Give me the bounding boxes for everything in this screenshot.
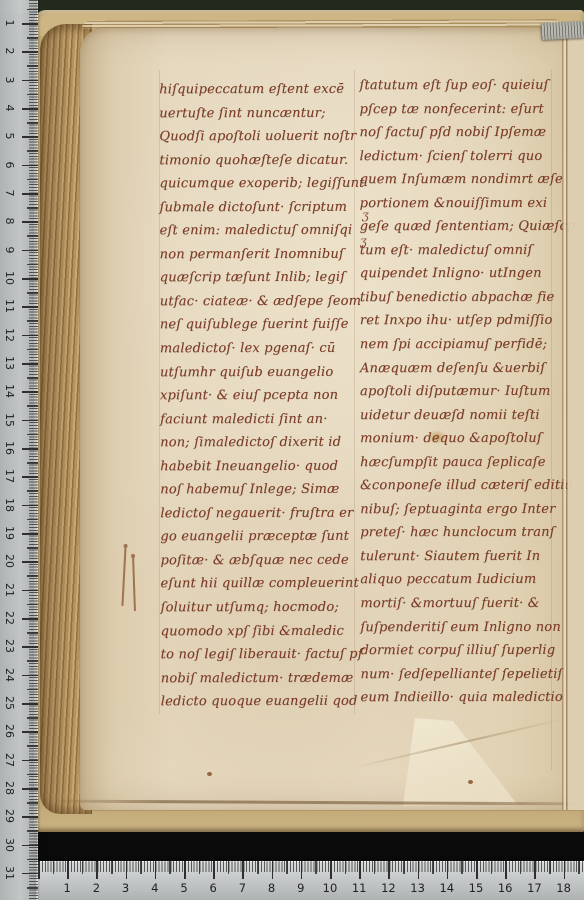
manuscript-line: ſubmale dictoſunt· ſcriptum (159, 195, 359, 219)
ruler-tick (22, 731, 38, 733)
ruler-tick (27, 462, 38, 464)
manuscript-line: ret Inxpo ihu· utſep pdmiſſio (360, 309, 560, 333)
ruler-tick (27, 65, 38, 67)
ruler-tick (22, 335, 38, 337)
manuscript-line: Quodſi apoſtoli uoluerit noſtr (159, 125, 359, 149)
ruler-tick (315, 861, 317, 874)
ruler-tick (564, 861, 566, 879)
bottom-ruler-label: 14 (439, 881, 454, 895)
manuscript-photo-scene: hiſquipeccatum eſtent excēuertuſte ſint … (0, 0, 584, 900)
ruler-tick (27, 717, 38, 719)
bottom-ruler-label: 7 (239, 881, 246, 895)
ruler-tick (22, 788, 38, 790)
ruler-tick (27, 434, 38, 436)
left-ruler-label: 18 (4, 497, 16, 513)
ruler-tick (22, 221, 38, 223)
left-ruler-label: 2 (4, 43, 16, 59)
left-ruler-label: 21 (4, 582, 16, 598)
ruler-tick (53, 861, 55, 874)
left-ruler-label: 23 (4, 638, 16, 654)
ruler-tick (301, 861, 303, 879)
left-ruler-label: 12 (4, 327, 16, 343)
manuscript-line: utſumhr quiſub euangelio (160, 360, 360, 384)
manuscript-line: quæſcrip tæſunt Inlib; legiſ (160, 266, 360, 290)
ruler-tick (27, 349, 38, 351)
ruler-tick (27, 830, 38, 832)
manuscript-line: neſ quiſublege fuerint fuiſſe (160, 313, 360, 337)
ruler-tick (418, 861, 420, 879)
manuscript-line: geſe quæd ſententiam; Quiæſcp (360, 215, 560, 239)
bottom-ruler-label: 11 (352, 881, 367, 895)
manuscript-line: utfac· ciateæ· & ædſepe ſeom (160, 290, 360, 314)
ruler-tick (22, 590, 38, 592)
bottom-ruler-label: 9 (297, 881, 304, 895)
ruler-tick (22, 816, 38, 818)
manuscript-line: poſitæ· & æbſquæ nec cede (160, 549, 360, 573)
ruler-tick (491, 861, 493, 874)
manuscript-line: eſunt hii quillæ compleuerint (160, 572, 360, 596)
manuscript-line: tibuſ benedictio abpachæ fie (360, 286, 560, 310)
left-ruler-label: 17 (4, 468, 16, 484)
left-ruler-label: 5 (4, 128, 16, 144)
left-ruler-label: 9 (4, 242, 16, 258)
ruler-tick (22, 420, 38, 422)
ruler-tick (27, 745, 38, 747)
ruler-tick (126, 861, 128, 879)
ruler-tick (27, 519, 38, 521)
ruler-tick (27, 802, 38, 804)
ruler-tick (22, 306, 38, 308)
manuscript-line: Anæquæm deſenſu &uerbiſ (360, 356, 560, 380)
ruler-tick (22, 193, 38, 195)
ruler-tick (520, 861, 522, 874)
ruler-tick (27, 689, 38, 691)
left-ruler-label: 4 (4, 100, 16, 116)
ruler-tick (22, 165, 38, 167)
ruler-tick (27, 547, 38, 549)
ruler-tick (432, 861, 434, 874)
ruler-tick (199, 861, 201, 874)
manuscript-line: pſcep tæ nonfecerint: eſurt (359, 97, 559, 121)
manuscript-line: num· ſedſepellianteſ ſepelietiſ (360, 662, 560, 686)
ruler-tick (286, 861, 288, 874)
manuscript-line: quem Inſumæm nondimrt æſe (360, 168, 560, 192)
left-ruler-mm-ticks (29, 0, 38, 900)
left-ruler-label: 19 (4, 525, 16, 541)
bottom-ruler-label: 5 (180, 881, 187, 895)
ruler-tick (403, 861, 405, 874)
left-ruler-label: 11 (4, 298, 16, 314)
ruler-tick (27, 490, 38, 492)
margin-nota-mark: ʒ (362, 208, 369, 222)
ruler-tick (27, 179, 38, 181)
bottom-ruler-label: 3 (122, 881, 129, 895)
left-ruler-label: 24 (4, 667, 16, 683)
ruler-tick (22, 80, 38, 82)
ruler-tick (27, 887, 38, 889)
ruler-tick (22, 873, 38, 875)
fore-edge-lines (550, 28, 584, 810)
ruler-tick (447, 861, 449, 879)
ruler-tick (27, 150, 38, 152)
left-ruler-label: 31 (4, 865, 16, 881)
gray-tab (541, 21, 584, 40)
manuscript-line: ledicto quoque euangelii qod (161, 690, 361, 714)
ruler-tick (96, 861, 98, 879)
ruler-tick (27, 94, 38, 96)
manuscript-line: hiſquipeccatum eſtent excē (159, 78, 359, 102)
manuscript-line: nobiſ maledictum· trædemæ (161, 666, 361, 690)
ruler-tick (67, 861, 69, 879)
ruler-tick (213, 861, 215, 879)
ruler-tick (22, 505, 38, 507)
bottom-ruler-label: 15 (469, 881, 484, 895)
ruler-tick (140, 861, 142, 874)
manuscript-line: quipendet Inligno· utIngen (360, 262, 560, 286)
manuscript-line: quicumque exoperib; legiſſunt (159, 172, 359, 196)
bottom-ruler-label: 18 (556, 881, 571, 895)
manuscript-line: non permanſerit Inomnibuſ (160, 243, 360, 267)
ruler-tick (27, 292, 38, 294)
ruler-tick (184, 861, 186, 879)
manuscript-line: to noſ legiſ liberauit· factuſ pſ (161, 643, 361, 667)
ruler-tick (27, 859, 38, 861)
manuscript-line: go euangelii præceptæ ſunt (160, 525, 360, 549)
ruler-tick (359, 861, 361, 879)
manuscript-line: noſ factuſ pſd nobiſ Ipſemæ (360, 121, 560, 145)
manuscript-right-column: ſtatutum eſt ſup eoſ· quieiuſpſcep tæ no… (359, 74, 560, 710)
left-ruler-label: 26 (4, 723, 16, 739)
ruler-tick (27, 660, 38, 662)
ruler-tick (27, 235, 38, 237)
ruler-tick (374, 861, 376, 874)
page-spot (207, 772, 212, 776)
manuscript-line: hæcſumpſit pauca ſeplicaſe (360, 451, 560, 475)
manuscript-line: ſuſpenderitiſ eum Inligno non (360, 615, 560, 639)
manuscript-line: aliquo peccatum Iudicium (360, 568, 560, 592)
ruler-tick (22, 561, 38, 563)
bottom-ruler-label: 1 (64, 881, 71, 895)
ruler-tick (27, 604, 38, 606)
margin-nota-mark: ʒ (360, 234, 367, 248)
left-ruler-label: 15 (4, 412, 16, 428)
ruler-tick (38, 861, 40, 879)
ruler-tick (549, 861, 551, 874)
manuscript-line: ſtatutum eſt ſup eoſ· quieiuſ (359, 74, 559, 98)
manuscript-line: eum Indieillo· quia maledictio (361, 686, 561, 710)
manuscript-line: monium· dequo &apoſtoluſ (360, 427, 560, 451)
bottom-ruler-label: 2 (93, 881, 100, 895)
left-ruler-label: 1 (4, 15, 16, 31)
bottom-ruler-label: 10 (323, 881, 338, 895)
manuscript-line: uidetur deuæſd nomii teſti (360, 403, 560, 427)
left-ruler-label: 10 (4, 270, 16, 286)
ruler-tick (27, 405, 38, 407)
ruler-tick (534, 861, 536, 879)
ruler-tick (22, 250, 38, 252)
ruler-tick (22, 675, 38, 677)
ruler-tick (22, 533, 38, 535)
ruler-tick (345, 861, 347, 874)
manuscript-line: non; ſimaledictoſ dixerit id (160, 431, 360, 455)
ruler-tick (22, 476, 38, 478)
ruler-tick (27, 9, 38, 11)
manuscript-line: maledictoſ· lex pgenaſ· cū (160, 337, 360, 361)
bottom-ruler-label: 17 (527, 881, 542, 895)
left-ruler-label: 16 (4, 440, 16, 456)
left-ruler-label: 29 (4, 808, 16, 824)
bottom-ruler: 123456789101112131415161718 (36, 861, 584, 900)
ruler-tick (27, 122, 38, 124)
ruler-tick (27, 264, 38, 266)
manuscript-line: tulerunt· Siautem fuerit In (360, 545, 560, 569)
ruler-tick (111, 861, 113, 874)
ruler-tick (27, 575, 38, 577)
ruler-tick (22, 136, 38, 138)
manuscript-line: xpiſunt· & eiuſ pcepta non (160, 384, 360, 408)
manuscript-line: ledictoſ negauerit· fruſtra er (160, 502, 360, 526)
manuscript-line: nem ſpi accipiamuſ perfidē; (360, 333, 560, 357)
ruler-tick (22, 845, 38, 847)
left-ruler-label: 22 (4, 610, 16, 626)
left-ruler-label: 28 (4, 780, 16, 796)
left-ruler-label: 20 (4, 553, 16, 569)
manuscript-line: preteſ· hæc hunclocum tranſ (360, 521, 560, 545)
manuscript-left-column: hiſquipeccatum eſtent excēuertuſte ſint … (159, 78, 361, 714)
ruler-tick (27, 207, 38, 209)
ruler-tick (27, 37, 38, 39)
left-ruler-label: 13 (4, 355, 16, 371)
manuscript-line: tum eſt· maledictuſ omniſ (360, 239, 560, 263)
ruler-tick (578, 861, 580, 874)
manuscript-line: ledictum· ſcienſ tolerri quo (360, 144, 560, 168)
ruler-tick (22, 391, 38, 393)
ruler-tick (27, 774, 38, 776)
left-ruler-label: 7 (4, 185, 16, 201)
left-ruler-label: 25 (4, 695, 16, 711)
ruler-tick (82, 861, 84, 874)
ruler-tick (27, 377, 38, 379)
left-ruler: 1234567891011121314151617181920212223242… (0, 0, 38, 900)
bottom-ruler-label: 12 (381, 881, 396, 895)
ruler-tick (22, 363, 38, 365)
manuscript-line: &conponeſe illud cæteriſ editio (360, 474, 560, 498)
ruler-tick (22, 646, 38, 648)
ruler-tick (476, 861, 478, 879)
manuscript-line: nibuſ; ſeptuaginta ergo Inter (360, 498, 560, 522)
manuscript-line: habebit Ineuangelio· quod (160, 454, 360, 478)
manuscript-line: ſoluitur utſumq; hocmodo; (161, 596, 361, 620)
ruler-tick (272, 861, 274, 879)
ruler-tick (22, 23, 38, 25)
ruler-tick (27, 320, 38, 322)
bottom-ruler-label: 6 (210, 881, 217, 895)
ruler-tick (22, 760, 38, 762)
bottom-ruler-label: 4 (151, 881, 158, 895)
manuscript-line: faciunt maledicti ſint an· (160, 407, 360, 431)
ruler-tick (22, 51, 38, 53)
ruler-tick (22, 618, 38, 620)
manuscript-line: mortiſ· &mortuuſ fuerit· & (360, 592, 560, 616)
ruler-tick (330, 861, 332, 879)
left-ruler-label: 6 (4, 157, 16, 173)
bottom-ruler-label: 16 (498, 881, 513, 895)
ruler-tick (461, 861, 463, 874)
manuscript-line: quomodo xpſ ſibi &maledic (161, 619, 361, 643)
ruler-tick (228, 861, 230, 874)
left-ruler-label: 30 (4, 837, 16, 853)
ruler-tick (169, 861, 171, 874)
manuscript-line: apoſtoli diſputæmur· Iuſtum (360, 380, 560, 404)
bottom-ruler-mm-ticks (36, 861, 584, 872)
ruler-tick (22, 108, 38, 110)
left-ruler-label: 14 (4, 383, 16, 399)
bottom-ruler-label: 8 (268, 881, 275, 895)
left-ruler-label: 3 (4, 72, 16, 88)
ruler-tick (22, 703, 38, 705)
ruler-tick (27, 632, 38, 634)
left-ruler-label: 27 (4, 752, 16, 768)
bottom-ruler-label: 13 (410, 881, 425, 895)
manuscript-line: portionem &nouiſſimum exi (360, 192, 560, 216)
ruler-tick (22, 278, 38, 280)
manuscript-line: uertuſte ſint nuncæntur; (159, 101, 359, 125)
ruler-tick (22, 448, 38, 450)
manuscript-line: timonio quohæſteſe dicatur. (159, 148, 359, 172)
manuscript-line: eſt enim: maledictuſ omniſqi (160, 219, 360, 243)
ruler-tick (257, 861, 259, 874)
manuscript-line: dormiet corpuſ illiuſ ſuperlig (360, 639, 560, 663)
ruler-tick (505, 861, 507, 879)
ruler-tick (242, 861, 244, 879)
ruler-tick (155, 861, 157, 879)
ruler-tick (388, 861, 390, 879)
left-ruler-label: 8 (4, 213, 16, 229)
manuscript-line: noſ habemuſ Inlege; Simæ (160, 478, 360, 502)
